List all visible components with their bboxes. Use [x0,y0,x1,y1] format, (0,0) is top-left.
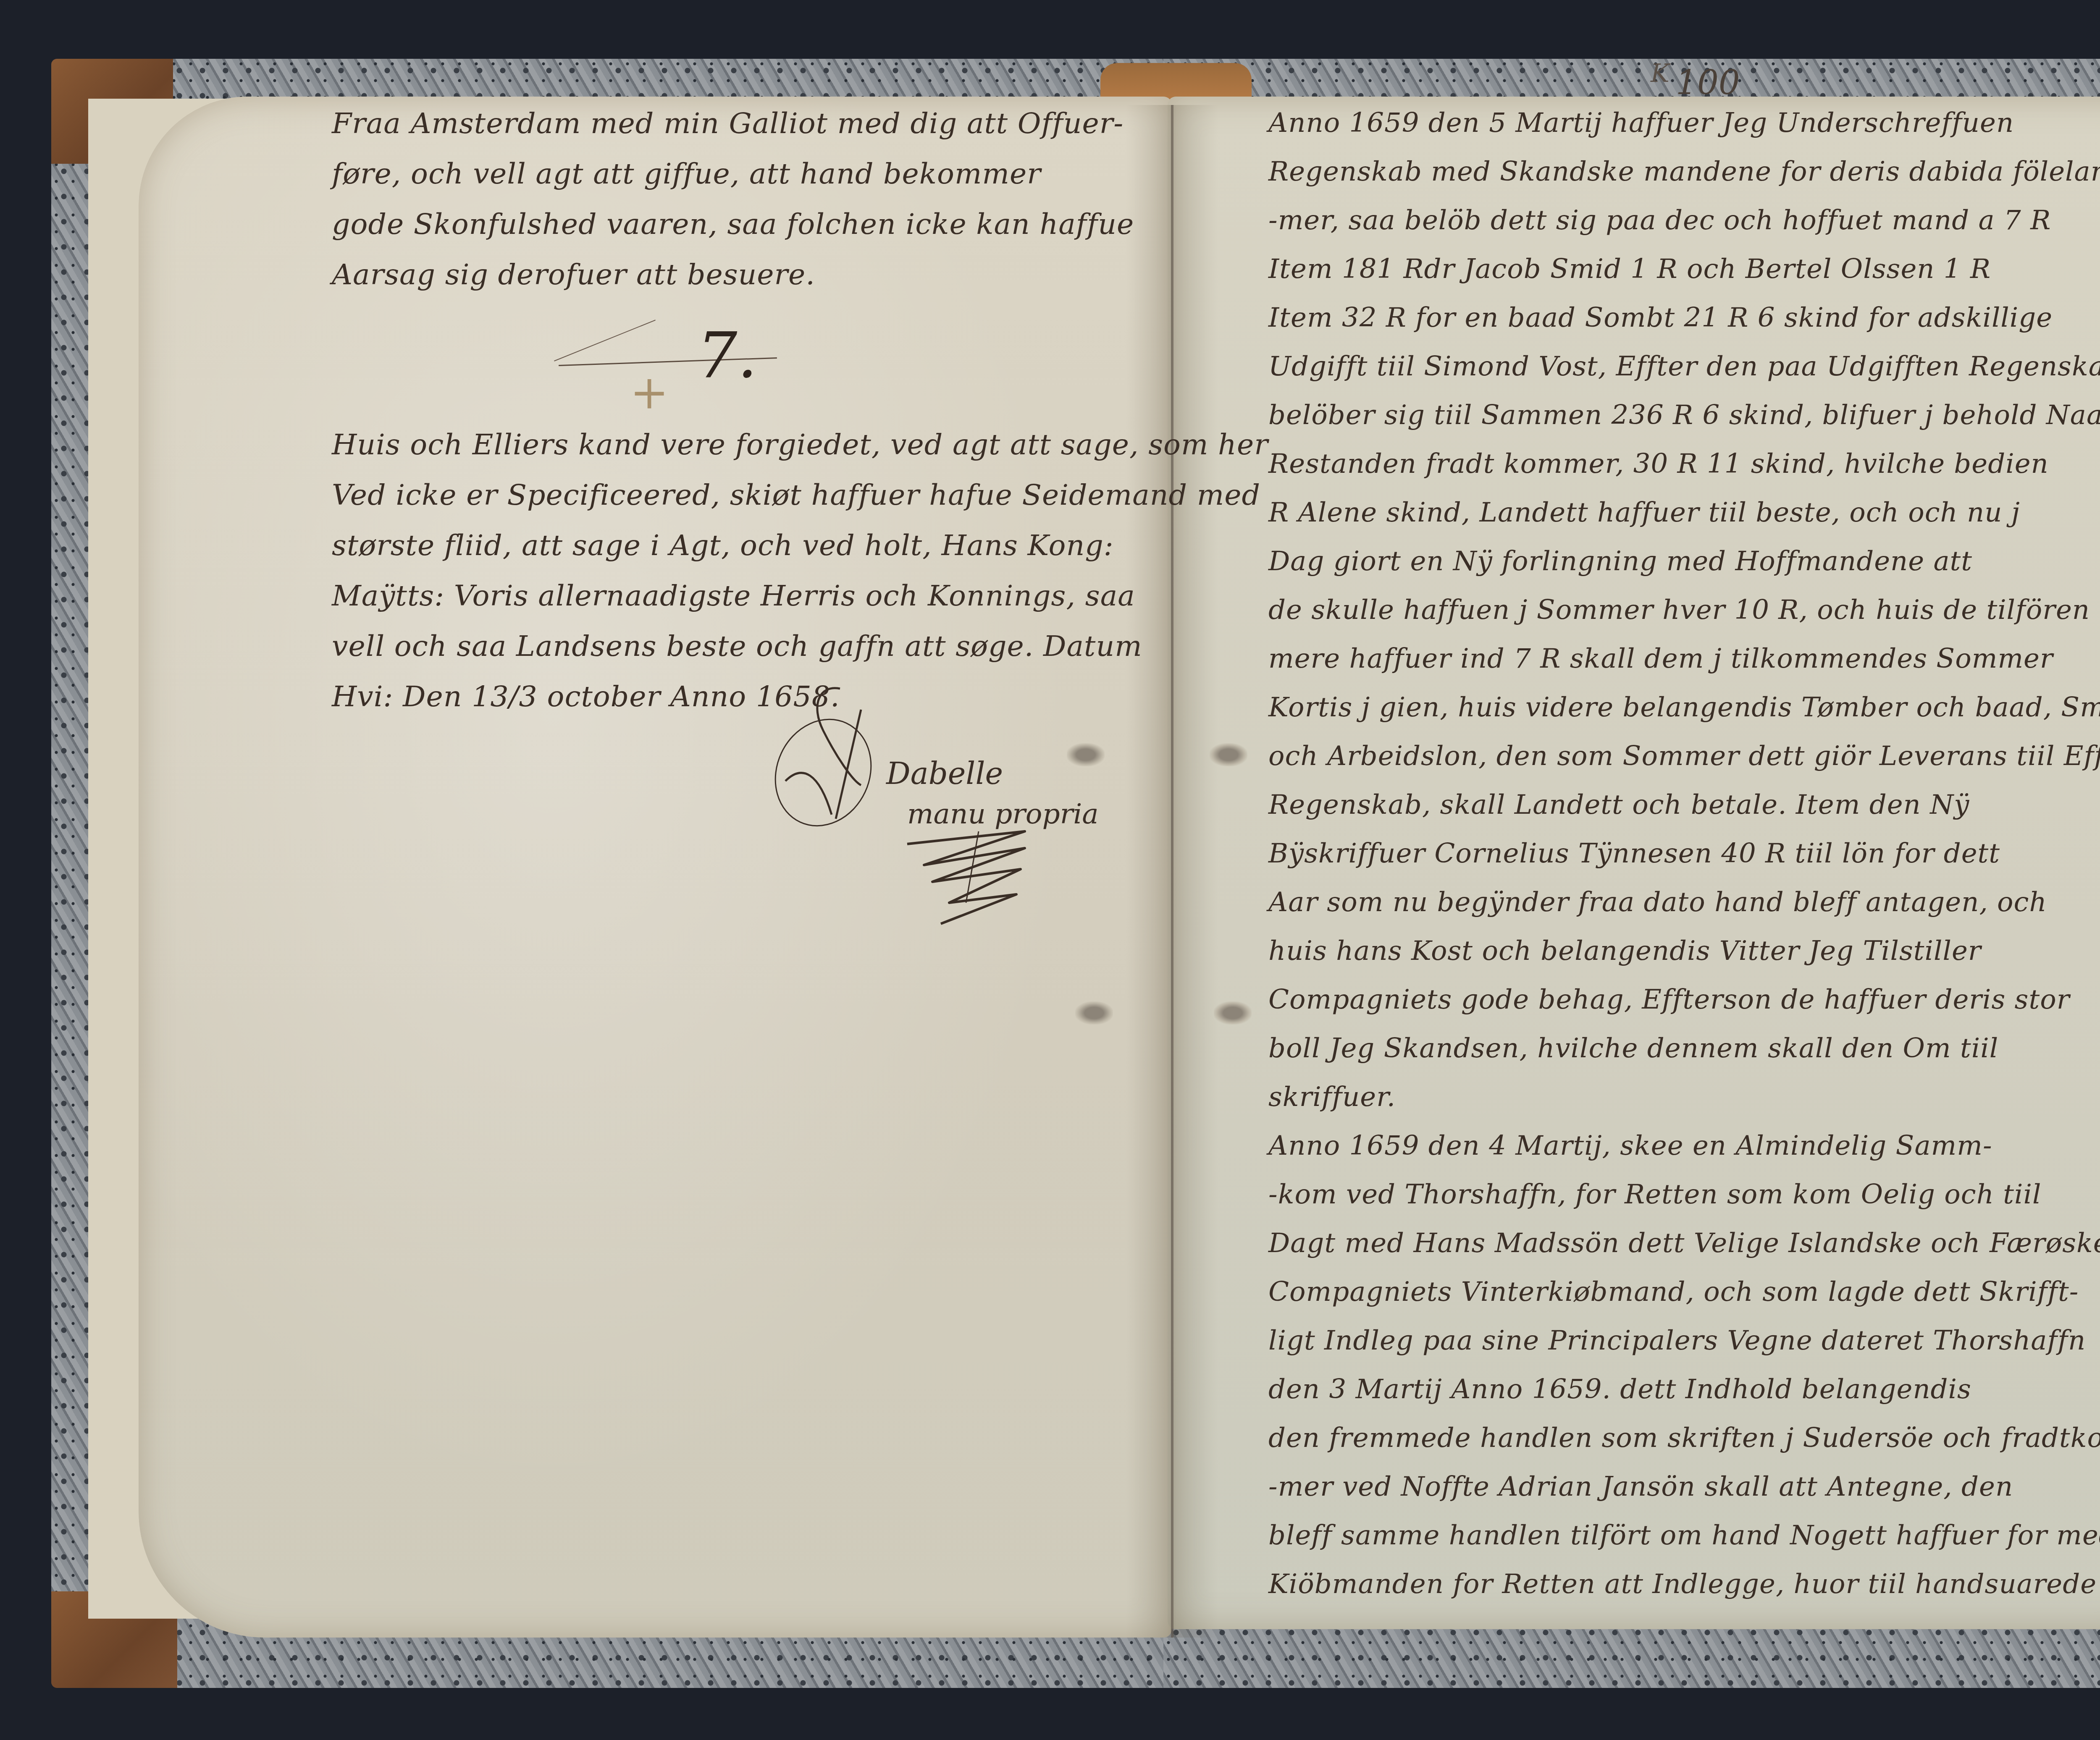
manuscript-line: -kom ved Thorshaffn, for Retten som kom … [1268,1170,2100,1219]
page-number: 100 [1676,63,1740,102]
manuscript-line: Aar som nu begÿnder fraa dato hand bleff… [1268,878,2100,927]
cross-mark: + [630,365,669,419]
right-page-text: Anno 1659 den 5 Martij haffuer Jeg Under… [1268,99,2100,1609]
manuscript-line: belöber sig tiil Sammen 236 R 6 skind, b… [1268,391,2100,440]
manuscript-line: Regenskab, skall Landett och betale. Ite… [1268,781,2100,829]
sewing-hole [1075,1001,1113,1025]
manuscript-line: Hvi: Den 13/3 october Anno 1658. [332,672,1151,722]
sewing-hole [1214,1001,1252,1025]
signature-monogram-icon [769,680,903,831]
signature-name: Dabelle [886,756,1003,791]
section-number: 7. [697,319,757,392]
leather-spine [1100,63,1252,101]
manuscript-line: Restanden fradt kommer, 30 R 11 skind, h… [1268,440,2100,488]
manuscript-line: den 3 Martij Anno 1659. dett Indhold bel… [1268,1365,2100,1414]
manuscript-line: Dagt med Hans Madssön dett Velige Island… [1268,1219,2100,1268]
signature-flourish-icon [899,819,1046,928]
manuscript-line: Kortis j gien, huis videre belangendis T… [1268,683,2100,732]
manuscript-line: Anno 1659 den 4 Martij, skee en Almindel… [1268,1122,2100,1170]
manuscript-line: Huis och Elliers kand vere forgiedet, ve… [332,420,1151,470]
manuscript-line: Regenskab med Skandske mandene for deris… [1268,147,2100,196]
page-mark: K [1651,59,1669,88]
manuscript-line: Bÿskriffuer Cornelius Tÿnnesen 40 R tiil… [1268,829,2100,878]
manuscript-line: Compagniets gode behag, Effterson de haf… [1268,975,2100,1024]
manuscript-line: Aarsag sig derofuer att besuere. [332,250,1151,300]
manuscript-line: skriffuer. [1268,1073,2100,1122]
manuscript-line: vell och saa Landsens beste och gaffn at… [332,621,1151,672]
manuscript-line: Fraa Amsterdam med min Galliot med dig a… [332,99,1151,149]
manuscript-line: gode Skonfulshed vaaren, saa folchen ick… [332,199,1151,250]
manuscript-line: ligt Indleg paa sine Principalers Vegne … [1268,1316,2100,1365]
manuscript-line: Maÿtts: Voris allernaadigste Herris och … [332,571,1151,621]
manuscript-line: den fremmede handlen som skriften j Sude… [1268,1414,2100,1462]
manuscript-line: Item 32 R for en baad Sombt 21 R 6 skind… [1268,293,2100,342]
manuscript-line: Kiöbmanden for Retten att Indlegge, huor… [1268,1560,2100,1609]
manuscript-line: Item 181 Rdr Jacob Smid 1 R och Bertel O… [1268,245,2100,293]
manuscript-line: mere haffuer ind 7 R skall dem j tilkomm… [1268,634,2100,683]
manuscript-line: største fliid, att sage i Agt, och ved h… [332,521,1151,571]
left-page-section-text: Huis och Elliers kand vere forgiedet, ve… [332,420,1151,722]
manuscript-line: huis hans Kost och belangendis Vitter Je… [1268,927,2100,975]
manuscript-line: boll Jeg Skandsen, hvilche dennem skall … [1268,1024,2100,1073]
manuscript-line: Anno 1659 den 5 Martij haffuer Jeg Under… [1268,99,2100,147]
manuscript-line: -mer, saa belöb dett sig paa dec och hof… [1268,196,2100,245]
sewing-hole [1210,743,1247,766]
manuscript-line: Ved icke er Specificeered, skiøt haffuer… [332,470,1151,521]
manuscript-line: de skulle haffuen j Sommer hver 10 R, oc… [1268,586,2100,634]
manuscript-line: Compagniets Vinterkiøbmand, och som lagd… [1268,1268,2100,1316]
manuscript-line: -mer ved Noffte Adrian Jansön skall att … [1268,1462,2100,1511]
sewing-hole [1067,743,1105,766]
manuscript-line: Udgifft tiil Simond Vost, Effter den paa… [1268,342,2100,391]
manuscript-line: bleff samme handlen tilfört om hand Noge… [1268,1511,2100,1560]
gutter-fold [1171,105,1173,1638]
manuscript-line: R Alene skind, Landett haffuer tiil best… [1268,488,2100,537]
manuscript-line: och Arbeidslon, den som Sommer dett giör… [1268,732,2100,781]
left-page-continuation-text: Fraa Amsterdam med min Galliot med dig a… [332,99,1151,300]
manuscript-line: Dag giort en Nÿ forlingning med Hoffmand… [1268,537,2100,586]
manuscript-line: føre, och vell agt att giffue, att hand … [332,149,1151,199]
